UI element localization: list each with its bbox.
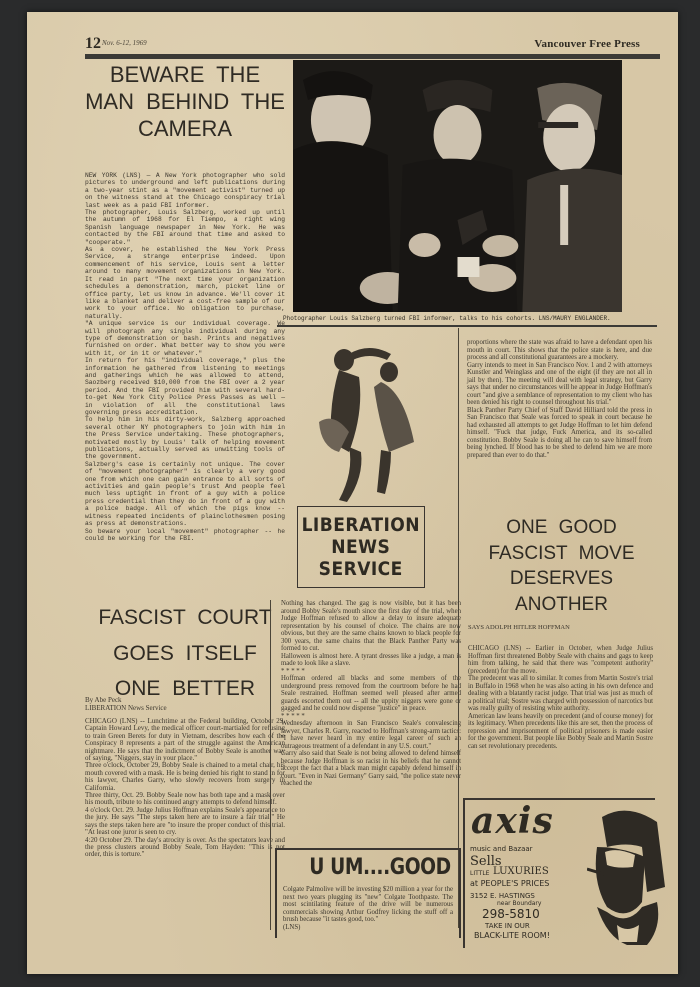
ad-prices: at PEOPLE'S PRICES (470, 879, 549, 888)
article2-body-col3: proportions where the state was afraid t… (467, 339, 652, 459)
ad-line-1: music and Bazaar (470, 845, 533, 853)
ad-tagline-2: BLACK-LITE ROOM! (474, 931, 550, 940)
article2-body-col1: CHICAGO (LNS) -- Lunchtime at the Federa… (85, 718, 285, 859)
article3-headline: ONE GOOD FASCIST MOVE DESERVES ANOTHER (469, 515, 654, 618)
photo-three-men-icon (293, 60, 622, 312)
ad-near: near Boundary (497, 900, 541, 907)
column-rule (270, 600, 271, 930)
article4-body: Colgate Palmolive will be investing $20 … (283, 886, 453, 932)
ad-phone: 298-5810 (482, 907, 540, 921)
lns-logo: LIBERATION NEWS SERVICE (297, 506, 425, 588)
article4-headline: U UM....GOOD (308, 855, 453, 880)
article2-body-col2: Nothing has changed. The gag is now visi… (281, 600, 461, 788)
article1-headline: BEWARE THE MAN BEHIND THE CAMERA (85, 62, 285, 142)
dancing-figures-illustration (309, 342, 449, 507)
article2-byline: By Abe Peck LIBERATION News Service (85, 696, 285, 712)
bearded-man-icon (587, 807, 665, 947)
masthead-rule (85, 54, 660, 59)
caption-rule (277, 325, 657, 327)
page-number: 12 (85, 35, 101, 53)
article1-photo (293, 60, 622, 312)
article3-body: CHICAGO (LNS) -- Earlier in October, whe… (468, 645, 653, 750)
ad-illustration (587, 807, 665, 947)
lns-line-2: NEWS (332, 536, 391, 558)
column-rule (458, 328, 459, 928)
article3-subhead: SAYS ADOLPH HITLER HOFFMAN (468, 624, 653, 631)
newspaper-page: 12 Nov. 6-12, 1969 Vancouver Free Press … (27, 12, 678, 974)
article1-body: NEW YORK (LNS) — A New York photographer… (85, 172, 285, 542)
photo-caption: Photographer Louis Salzberg turned FBI i… (283, 315, 653, 322)
article2-headline: FASCIST COURT GOES ITSELF ONE BETTER (85, 600, 285, 707)
publication-name: Vancouver Free Press (534, 38, 640, 50)
ad-address: 3152 E. HASTINGS (470, 892, 535, 900)
ad-name: axis (471, 800, 554, 842)
ad-tagline-1: TAKE IN OUR (485, 922, 530, 930)
issue-date: Nov. 6-12, 1969 (102, 39, 147, 47)
dancing-figures-icon (309, 342, 449, 507)
lns-line-1: LIBERATION (302, 514, 420, 536)
ad-luxuries: LUXURIES (493, 866, 549, 877)
lns-line-3: SERVICE (319, 558, 403, 580)
ad-little: LITTLE (470, 870, 489, 877)
